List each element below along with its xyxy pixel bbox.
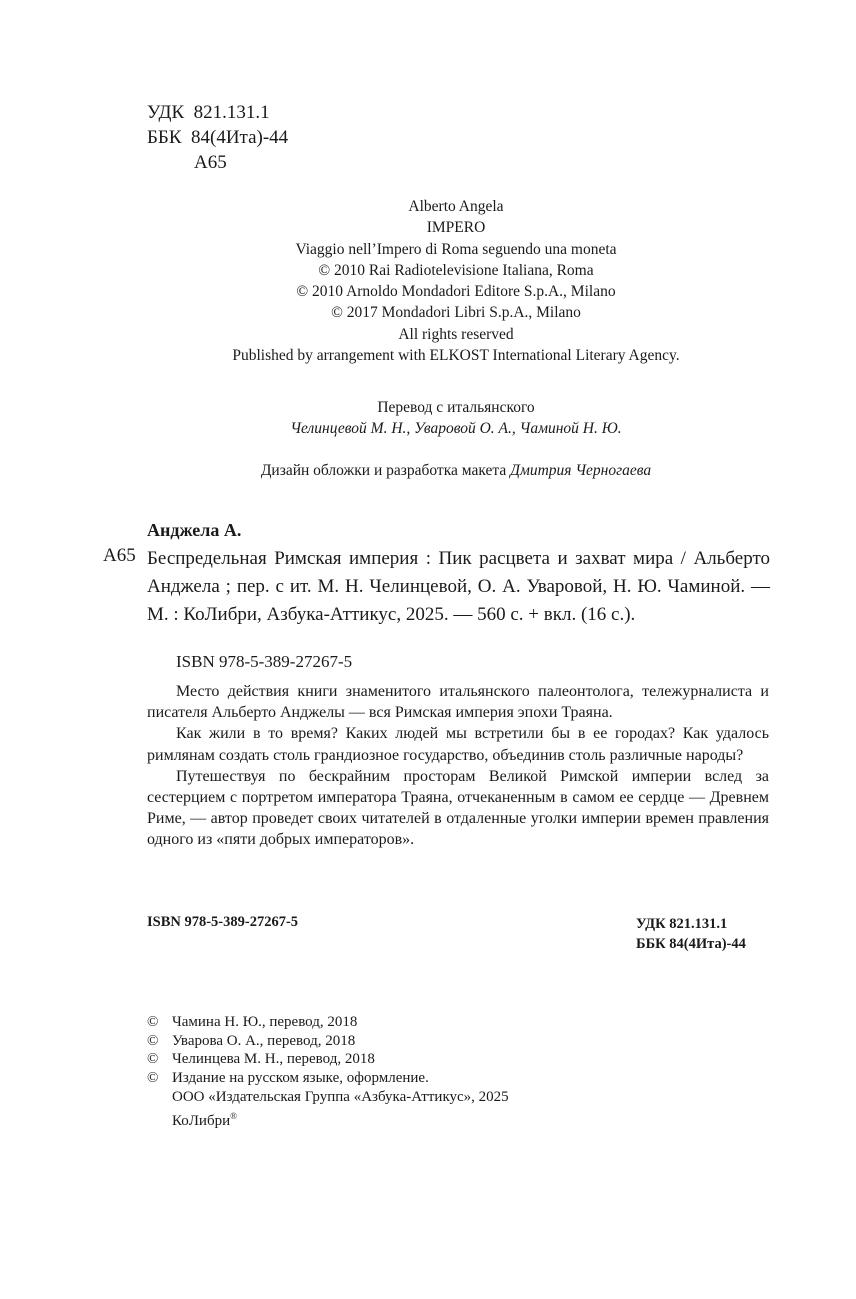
copyright-symbol: © <box>147 1032 172 1051</box>
translators: Челинцевой М. Н., Уваровой О. А., Чамино… <box>0 418 856 439</box>
design-label: Дизайн обложки и разработка макета <box>261 462 510 479</box>
footer-isbn: ISBN 978-5-389-27267-5 <box>147 914 298 931</box>
isbn: ISBN 978-5-389-27267-5 <box>176 652 352 672</box>
design-credits: Дизайн обложки и разработка макета Дмитр… <box>0 460 856 481</box>
copyright-symbol: © <box>147 1013 172 1032</box>
copyright-symbol: © <box>147 1050 172 1069</box>
udk-value: 821.131.1 <box>194 102 270 123</box>
annotation-paragraph: Место действия книги знаменитого итальян… <box>147 681 769 723</box>
copyright-line: ©Челинцева М. Н., перевод, 2018 <box>147 1050 509 1069</box>
author-heading: Анджела А. <box>147 520 241 541</box>
biblio-code: А65 <box>103 545 136 567</box>
orig-author: Alberto Angela <box>0 196 856 217</box>
udk-row: УДК 821.131.1 <box>147 100 288 125</box>
copyright-text: Чамина Н. Ю., перевод, 2018 <box>172 1014 357 1030</box>
orig-copyright-mondadori-libri: © 2017 Mondadori Libri S.p.A., Milano <box>0 302 856 323</box>
translation-credits: Перевод с итальянского Челинцевой М. Н.,… <box>0 397 856 440</box>
copyright-line: ©Издание на русском языке, оформление. <box>147 1069 509 1088</box>
annotation: Место действия книги знаменитого итальян… <box>147 681 769 851</box>
bbk-row: ББК 84(4Ита)-44 <box>147 125 288 150</box>
orig-copyright-mondadori-editore: © 2010 Arnoldo Mondadori Editore S.p.A.,… <box>0 281 856 302</box>
registered-mark: ® <box>230 1111 237 1121</box>
translation-label: Перевод с итальянского <box>0 397 856 418</box>
copyright-line: ©Чамина Н. Ю., перевод, 2018 <box>147 1013 509 1032</box>
publisher-imprint: КоЛибри® <box>147 1107 509 1131</box>
publisher-line: ООО «Издательская Группа «Азбука-Аттикус… <box>147 1088 509 1107</box>
copyright-text: Челинцева М. Н., перевод, 2018 <box>172 1051 375 1067</box>
orig-copyright-rai: © 2010 Rai Radiotelevisione Italiana, Ro… <box>0 260 856 281</box>
copyright-symbol: © <box>147 1069 172 1088</box>
copyright-text: Уварова О. А., перевод, 2018 <box>172 1033 355 1049</box>
author-sign: А65 <box>147 150 288 175</box>
copyright-line: ©Уварова О. А., перевод, 2018 <box>147 1032 509 1051</box>
udk-label: УДК <box>147 102 184 123</box>
orig-rights: All rights reserved <box>0 324 856 345</box>
orig-title: IMPERO <box>0 217 856 238</box>
classification-codes: УДК 821.131.1 ББК 84(4Ита)-44 А65 <box>147 100 288 175</box>
annotation-paragraph: Путешествуя по бескрайним просторам Вели… <box>147 766 769 851</box>
imprint-name: КоЛибри <box>172 1113 230 1129</box>
footer-bbk: ББК 84(4Ита)-44 <box>636 934 746 954</box>
original-edition-credits: Alberto Angela IMPERO Viaggio nell’Imper… <box>0 196 856 366</box>
footer-udk: УДК 821.131.1 <box>636 914 746 934</box>
bbk-label: ББК <box>147 127 182 148</box>
footer-classification: УДК 821.131.1 ББК 84(4Ита)-44 <box>636 914 746 954</box>
copyright-text: Издание на русском языке, оформление. <box>172 1070 429 1086</box>
bbk-value: 84(4Ита)-44 <box>191 127 288 148</box>
copyright-block: ©Чамина Н. Ю., перевод, 2018 ©Уварова О.… <box>147 1013 509 1130</box>
bibliographic-description: Беспредельная Римская империя : Пик расц… <box>147 545 770 629</box>
annotation-paragraph: Как жили в то время? Каких людей мы встр… <box>147 723 769 765</box>
orig-arrangement: Published by arrangement with ELKOST Int… <box>0 345 856 366</box>
orig-subtitle: Viaggio nell’Impero di Roma seguendo una… <box>0 239 856 260</box>
designer-name: Дмитрия Черногаева <box>510 462 651 479</box>
